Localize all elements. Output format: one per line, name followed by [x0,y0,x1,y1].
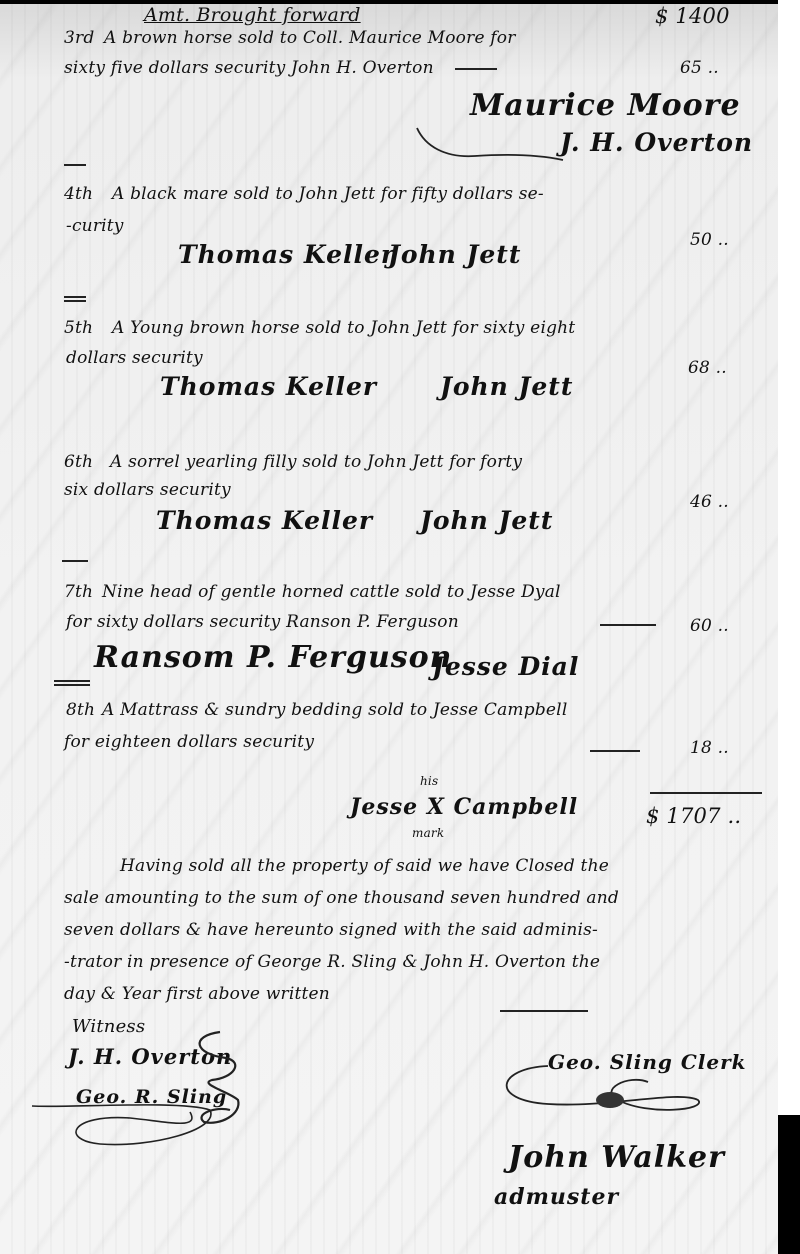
entry-8-amount: 18 .. [690,738,729,758]
total-amount: $ 1707 .. [646,804,741,828]
closing-line-4: -trator in presence of George R. Sling &… [64,952,600,972]
witness-label: Witness [72,1016,145,1037]
entry-4-line2: -curity [66,216,124,236]
separator-mark [62,560,88,562]
signature-jh-overton: J. H. Overton [560,128,753,157]
separator-mark [64,164,86,166]
entry-8-number: 8th [66,700,95,720]
signature-thomas-keller: Thomas Keller [156,506,373,535]
signature-flourish [415,126,565,166]
entry-6-amount: 46 .. [690,492,729,512]
signature-john-jett: John Jett [440,372,573,401]
document-page: Amt. Brought forward $ 1400 3rd A brown … [0,4,778,1254]
total-rule [650,792,762,794]
entry-4-line1: A black mare sold to John Jett for fifty… [112,184,544,204]
entry-7-number: 7th [64,582,93,602]
entry-7-amount: 60 .. [690,616,729,636]
administrator-title: admuster [494,1184,619,1210]
scan-edge-black [778,1115,800,1254]
closing-line-1: Having sold all the property of said we … [120,856,609,876]
entry-5-amount: 68 .. [688,358,727,378]
dash-rule [455,68,497,70]
closing-line-3: seven dollars & have hereunto signed wit… [64,920,598,940]
administrator-signature: John Walker [508,1140,725,1175]
header-amount: $ 1400 [655,4,730,28]
signature-ransom-ferguson: Ransom P. Ferguson [94,640,453,675]
closing-rule [500,1010,588,1012]
entry-6-number: 6th [64,452,93,472]
dash-rule [600,624,656,626]
entry-6-line1: A sorrel yearling filly sold to John Jet… [110,452,522,472]
entry-5-number: 5th [64,318,93,338]
signature-john-jett: John Jett [388,240,521,269]
mark-label-his: his [420,774,438,788]
header-title: Amt. Brought forward [144,4,361,26]
separator-mark [54,684,90,686]
separator-mark [64,300,86,302]
mark-label-mark: mark [412,826,444,840]
entry-3-amount: 65 .. [680,58,719,78]
closing-line-2: sale amounting to the sum of one thousan… [64,888,619,908]
signature-jesse-campbell: Jesse X Campbell [350,794,578,820]
signature-flourish [488,1060,708,1116]
separator-mark [64,296,86,298]
signature-thomas-keller: Thomas Keller [160,372,377,401]
entry-6-line2: six dollars security [64,480,231,500]
closing-line-5: day & Year first above written [64,984,330,1004]
entry-3-number: 3rd [64,28,94,48]
entry-4-amount: 50 .. [690,230,729,250]
signature-john-jett: John Jett [420,506,553,535]
entry-7-line2: for sixty dollars security Ranson P. Fer… [66,612,459,632]
entry-7-line1: Nine head of gentle horned cattle sold t… [102,582,561,602]
entry-3-line2: sixty five dollars security John H. Over… [64,58,434,78]
scan-right-margin [778,0,800,1115]
separator-mark [54,680,90,682]
entry-5-line2: dollars security [66,348,203,368]
entry-8-line1: A Mattrass & sundry bedding sold to Jess… [102,700,567,720]
signature-thomas-keller: Thomas Keller [178,240,395,269]
entry-8-line2: for eighteen dollars security [64,732,314,752]
entry-3-line1: A brown horse sold to Coll. Maurice Moor… [104,28,516,48]
signature-jesse-dial: Jesse Dial [432,652,579,681]
entry-5-line1: A Young brown horse sold to John Jett fo… [112,318,575,338]
seal-scroll-icon [190,1030,250,1130]
signature-maurice-moore: Maurice Moore [470,88,741,123]
entry-4-number: 4th [64,184,93,204]
dash-rule [590,750,640,752]
